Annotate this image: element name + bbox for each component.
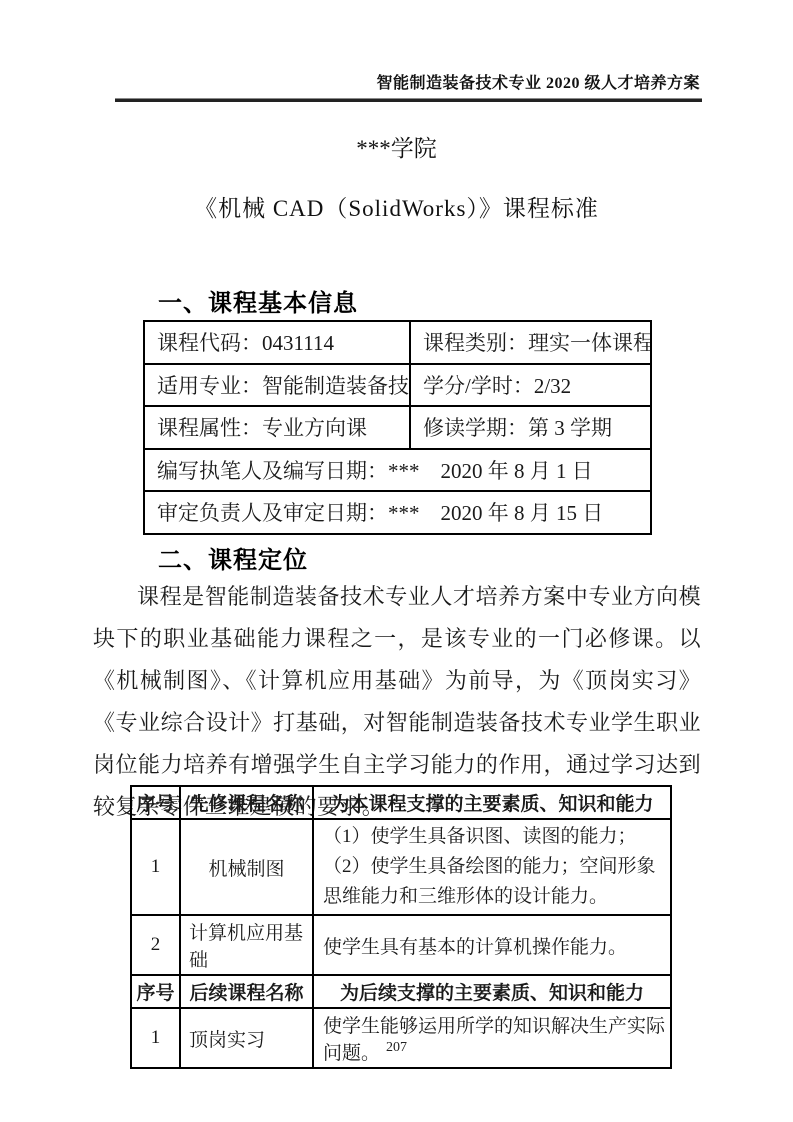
prereq-header-row: 序号 先修课程名称 为本课程支撑的主要素质、知识和能力 [131,786,671,819]
table-row: 编写执笔人及编写日期：*** 2020 年 8 月 1 日 [144,449,651,492]
related-courses-table: 序号 先修课程名称 为本课程支撑的主要素质、知识和能力 1 机械制图 （1）使学… [130,785,672,1069]
header-rule [115,98,702,102]
column-header-prereq-desc: 为本课程支撑的主要素质、知识和能力 [313,786,671,819]
table-row: 2 计算机应用基础 使学生具有基本的计算机操作能力。 [131,915,671,975]
row-number-cell: 1 [131,1008,180,1068]
author-date-cell: 编写执笔人及编写日期：*** 2020 年 8 月 1 日 [144,449,651,492]
course-name-cell: 顶岗实习 [180,1008,313,1068]
table-row: 审定负责人及审定日期：*** 2020 年 8 月 15 日 [144,491,651,534]
document-page: 智能制造装备技术专业 2020 级人才培养方案 ***学院 《机械 CAD（So… [0,0,793,1122]
row-number-cell: 2 [131,915,180,975]
followup-header-row: 序号 后续课程名称 为后续支撑的主要素质、知识和能力 [131,975,671,1008]
course-category-cell: 课程类别：理实一体课程 [410,321,651,364]
section-heading-basic-info: 一、课程基本信息 [158,283,358,318]
column-header-followup-desc: 为后续支撑的主要素质、知识和能力 [313,975,671,1008]
column-header-prereq-name: 先修课程名称 [180,786,313,819]
course-name-cell: 计算机应用基础 [180,915,313,975]
reviewer-date-cell: 审定负责人及审定日期：*** 2020 年 8 月 15 日 [144,491,651,534]
document-title: 《机械 CAD（SolidWorks）》课程标准 [0,190,793,223]
course-desc-cell: 使学生能够运用所学的知识解决生产实际问题。 [313,1008,671,1068]
course-name-cell: 机械制图 [180,819,313,915]
course-desc-cell: （1）使学生具备识图、读图的能力； （2）使学生具备绘图的能力；空间形象思维能力… [313,819,671,915]
table-row: 课程属性：专业方向课 修读学期：第 3 学期 [144,406,651,449]
table-row: 1 机械制图 （1）使学生具备识图、读图的能力； （2）使学生具备绘图的能力；空… [131,819,671,915]
column-header-followup-name: 后续课程名称 [180,975,313,1008]
table-row: 1 顶岗实习 使学生能够运用所学的知识解决生产实际问题。 [131,1008,671,1068]
school-title: ***学院 [0,130,793,163]
table-row: 适用专业：智能制造装备技术 学分/学时：2/32 [144,364,651,407]
page-number: 207 [0,1040,793,1056]
course-desc-cell: 使学生具有基本的计算机操作能力。 [313,915,671,975]
applicable-major-cell: 适用专业：智能制造装备技术 [144,364,410,407]
row-number-cell: 1 [131,819,180,915]
table-row: 课程代码：0431114 课程类别：理实一体课程 [144,321,651,364]
course-code-cell: 课程代码：0431114 [144,321,410,364]
study-semester-cell: 修读学期：第 3 学期 [410,406,651,449]
course-info-table: 课程代码：0431114 课程类别：理实一体课程 适用专业：智能制造装备技术 学… [143,320,652,535]
column-header-no: 序号 [131,975,180,1008]
page-header-text: 智能制造装备技术专业 2020 级人才培养方案 [376,70,700,93]
section-heading-course-position: 二、课程定位 [158,540,308,575]
column-header-no: 序号 [131,786,180,819]
credits-hours-cell: 学分/学时：2/32 [410,364,651,407]
course-attribute-cell: 课程属性：专业方向课 [144,406,410,449]
